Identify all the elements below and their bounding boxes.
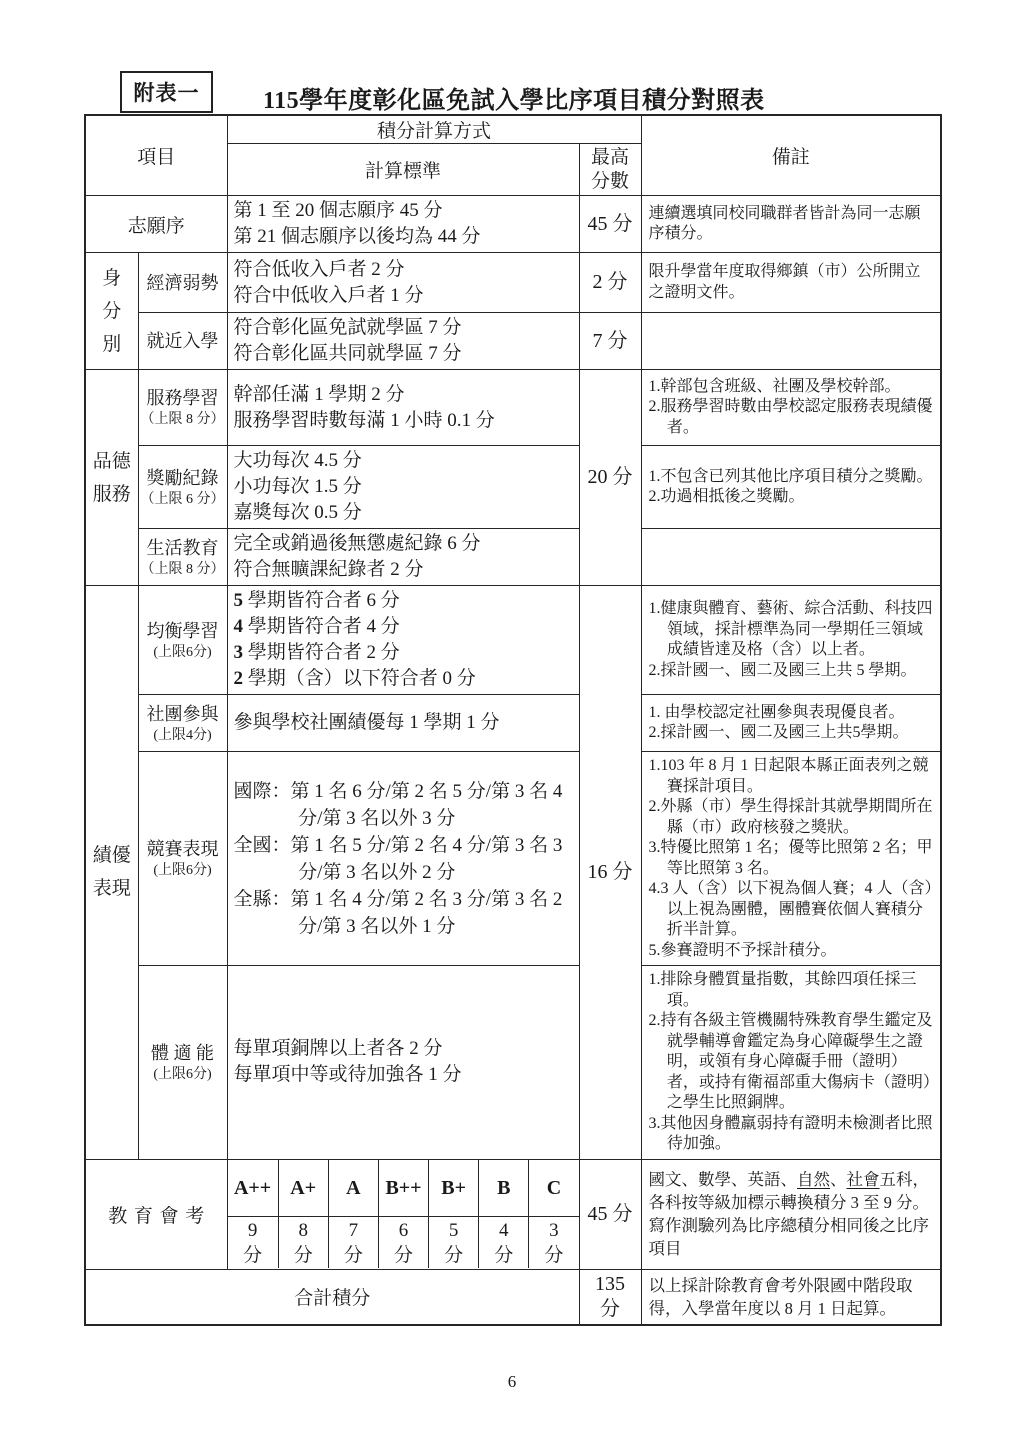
nearby-label: 就近入學 [139, 329, 227, 353]
exam-grade-points: 8 分 [278, 1216, 328, 1268]
total-max-score: 135 分 [579, 1269, 641, 1325]
document-page: 附表一 115學年度彰化區免試入學比序項目積分對照表 項目 積分計算方式 備註 … [0, 0, 1024, 1448]
conduct-max-score: 20 分 [579, 370, 641, 586]
merit-group-label: 績優 表現 [85, 586, 138, 1160]
exam-grade-label: A+ [278, 1160, 328, 1216]
row-awards: 獎勵紀錄 （上限 6 分） 大功每次 4.5 分 小功每次 1.5 分 嘉獎每次… [85, 446, 941, 529]
fitness-label: 體 適 能 [139, 1041, 227, 1065]
volunteer-standard: 第 1 至 20 個志願序 45 分 第 21 個志願序以後均為 44 分 [227, 196, 579, 253]
awards-notes: 1.不包含已列其他比序項目積分之獎勵。2.功過相抵後之獎勵。 [641, 446, 941, 529]
row-service-learning: 品德 服務 服務學習 （上限 8 分） 幹部任滿 1 學期 2 分 服務學習時數… [85, 370, 941, 446]
life-limit: （上限 8 分） [139, 560, 227, 579]
total-label: 合計積分 [85, 1269, 579, 1325]
nearby-standard: 符合彰化區免試就學區 7 分 符合彰化區共同就學區 7 分 [227, 313, 579, 370]
row-club: 社團參與 (上限4分) 參與學校社團績優每 1 學期 1 分 1. 由學校認定社… [85, 695, 941, 752]
club-notes: 1. 由學校認定社團參與表現優良者。2.採計國一、國二及國三上共5學期。 [641, 695, 941, 752]
fitness-notes: 1.排除身體質量指數，其餘四項任採三項。2.持有各級主管機關特殊教育學生鑑定及就… [641, 966, 941, 1160]
conduct-group-label: 品德 服務 [85, 370, 138, 586]
exam-grade-label: A [328, 1160, 378, 1216]
exam-grade-label: B [478, 1160, 528, 1216]
life-note [641, 529, 941, 586]
volunteer-note: 連續選填同校同職群者皆計為同一志願序積分。 [641, 196, 941, 253]
exam-grade-points: 4 分 [478, 1216, 528, 1268]
balanced-label: 均衡學習 [139, 619, 227, 643]
exam-note-writing: 寫作測驗列為比序總積分相同後之比序項目 [649, 1214, 936, 1260]
competition-limit: (上限6分) [139, 861, 227, 880]
exam-grade-points: 3 分 [528, 1216, 578, 1268]
service-limit: （上限 8 分） [139, 410, 227, 429]
exam-grade-grid: A++ A+ A B++ B+ B C 9 分 8 分 7 分 6 分 5 分 … [227, 1159, 579, 1269]
exam-grade-label: C [528, 1160, 578, 1216]
economic-label: 經濟弱勢 [139, 271, 227, 295]
row-exam: 教育會考 A++ A+ A B++ B+ B C 9 分 8 分 7 分 6 分… [85, 1159, 941, 1269]
row-volunteer: 志願序 第 1 至 20 個志願序 45 分 第 21 個志願序以後均為 44 … [85, 196, 941, 253]
volunteer-label: 志願序 [85, 196, 227, 253]
exam-grade-points: 7 分 [328, 1216, 378, 1268]
balanced-limit: (上限6分) [139, 643, 227, 662]
score-table: 項目 積分計算方式 備註 計算標準 最高 分數 志願序 第 1 至 20 個志願… [84, 114, 942, 1326]
identity-group-label: 身 分 別 [85, 253, 138, 370]
row-life-education: 生活教育 （上限 8 分） 完全或銷過後無懲處紀錄 6 分 符合無曠課紀錄者 2… [85, 529, 941, 586]
life-label: 生活教育 [139, 536, 227, 560]
club-standard: 參與學校社團績優每 1 學期 1 分 [227, 695, 579, 752]
appendix-tag-box: 附表一 [120, 71, 213, 113]
competition-standard: 國際：第 1 名 6 分/第 2 名 5 分/第 3 名 4 分/第 3 名以外… [227, 752, 579, 966]
exam-grade-points: 6 分 [378, 1216, 428, 1268]
economic-note: 限升學當年度取得鄉鎮（市）公所開立之證明文件。 [641, 253, 941, 313]
service-standard: 幹部任滿 1 學期 2 分 服務學習時數每滿 1 小時 0.1 分 [227, 370, 579, 446]
row-total: 合計積分 135 分 以上採計除教育會考外限國中階段取得，入學當年度以 8 月 … [85, 1269, 941, 1325]
row-balanced-learning: 績優 表現 均衡學習 (上限6分) 5 學期皆符合者 6 分 4 學期皆符合者 … [85, 586, 941, 695]
exam-label: 教育會考 [85, 1159, 227, 1269]
exam-grade-label: A++ [228, 1160, 278, 1216]
service-notes: 1.幹部包含班級、社團及學校幹部。2.服務學習時數由學校認定服務表現績優者。 [641, 370, 941, 446]
fitness-limit: (上限6分) [139, 1065, 227, 1084]
exam-grade-label: B+ [428, 1160, 478, 1216]
header-item: 項目 [85, 115, 227, 196]
row-competition: 競賽表現 (上限6分) 國際：第 1 名 6 分/第 2 名 5 分/第 3 名… [85, 752, 941, 966]
page-number: 6 [0, 1372, 1024, 1392]
nearby-note [641, 313, 941, 370]
fitness-standard: 每單項銅牌以上者各 2 分 每單項中等或待加強各 1 分 [227, 966, 579, 1160]
awards-label: 獎勵紀錄 [139, 466, 227, 490]
exam-grade-points: 5 分 [428, 1216, 478, 1268]
header-remarks: 備註 [641, 115, 941, 196]
exam-grade-label: B++ [378, 1160, 428, 1216]
exam-max-score: 45 分 [579, 1159, 641, 1269]
balanced-notes: 1.健康與體育、藝術、綜合活動、科技四領域，採計標準為同一學期任三領域成績皆達及… [641, 586, 941, 695]
row-fitness: 體 適 能 (上限6分) 每單項銅牌以上者各 2 分 每單項中等或待加強各 1 … [85, 966, 941, 1160]
header-max-score: 最高 分數 [579, 144, 641, 196]
exam-notes: 國文、數學、英語、自然、社會五科，各科按等級加標示轉換積分 3 至 9 分。 寫… [641, 1159, 941, 1269]
header-calc-standard: 計算標準 [227, 144, 579, 196]
page-title: 115學年度彰化區免試入學比序項目積分對照表 [263, 80, 765, 115]
service-label: 服務學習 [139, 386, 227, 410]
economic-standard: 符合低收入戶者 2 分 符合中低收入戶者 1 分 [227, 253, 579, 313]
total-note: 以上採計除教育會考外限國中階段取得，入學當年度以 8 月 1 日起算。 [641, 1269, 941, 1325]
merit-max-score: 16 分 [579, 586, 641, 1160]
exam-note-subjects: 國文、數學、英語、自然、社會五科，各科按等級加標示轉換積分 3 至 9 分。 [649, 1168, 936, 1214]
row-nearby: 就近入學 符合彰化區免試就學區 7 分 符合彰化區共同就學區 7 分 7 分 [85, 313, 941, 370]
balanced-standard: 5 學期皆符合者 6 分 4 學期皆符合者 4 分 3 學期皆符合者 2 分 2… [227, 586, 579, 695]
club-limit: (上限4分) [139, 726, 227, 745]
life-standard: 完全或銷過後無懲處紀錄 6 分 符合無曠課紀錄者 2 分 [227, 529, 579, 586]
economic-max-score: 2 分 [579, 253, 641, 313]
exam-grade-points: 9 分 [228, 1216, 278, 1268]
competition-notes: 1.103 年 8 月 1 日起限本縣正面表列之競賽採計項目。2.外縣（市）學生… [641, 752, 941, 966]
row-economic: 身 分 別 經濟弱勢 符合低收入戶者 2 分 符合中低收入戶者 1 分 2 分 … [85, 253, 941, 313]
appendix-tag-label: 附表一 [134, 77, 200, 107]
competition-label: 競賽表現 [139, 837, 227, 861]
awards-limit: （上限 6 分） [139, 490, 227, 509]
nearby-max-score: 7 分 [579, 313, 641, 370]
header-calc-method: 積分計算方式 [227, 115, 641, 144]
volunteer-max-score: 45 分 [579, 196, 641, 253]
awards-standard: 大功每次 4.5 分 小功每次 1.5 分 嘉獎每次 0.5 分 [227, 446, 579, 529]
club-label: 社團參與 [139, 702, 227, 726]
